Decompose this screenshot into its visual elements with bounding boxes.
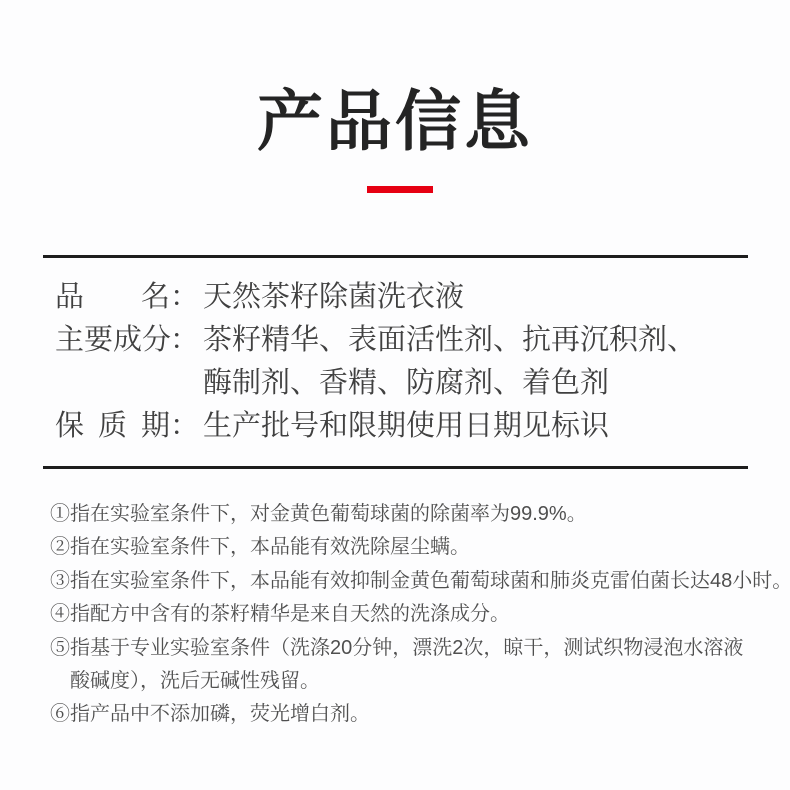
spec-colon: ： [170,405,203,448]
footnote-4: ④指配方中含有的茶籽精华是来自天然的洗涤成分。 [50,598,785,631]
divider-top [43,255,748,258]
spec-colon: ： [170,276,203,319]
spec-value-shelf-life: 生产批号和限期使用日期见标识 [203,405,609,448]
spec-list: 品名 ： 天然茶籽除菌洗衣液 主要成分 ： 茶籽精华、表面活性剂、抗再沉积剂、 … [55,276,755,448]
spec-value-line: 酶制剂、香精、防腐剂、着色剂 [203,362,696,405]
spec-value-line: 生产批号和限期使用日期见标识 [203,405,609,448]
spec-label-product-name: 品名 [55,276,170,319]
footnote-2: ②指在实验室条件下，本品能有效洗除屋尘螨。 [50,531,785,564]
title-underline-bar [367,186,433,193]
footnote-list: ①指在实验室条件下，对金黄色葡萄球菌的除菌率为99.9%。 ②指在实验室条件下，… [50,498,785,732]
spec-label-shelf-life: 保质期 [55,405,170,448]
spec-value-line: 天然茶籽除菌洗衣液 [203,276,464,319]
divider-bottom [43,466,748,469]
spec-row-product-name: 品名 ： 天然茶籽除菌洗衣液 [55,276,755,319]
footnote-1: ①指在实验室条件下，对金黄色葡萄球菌的除菌率为99.9%。 [50,498,785,531]
spec-value-ingredients: 茶籽精华、表面活性剂、抗再沉积剂、 酶制剂、香精、防腐剂、着色剂 [203,319,696,405]
spec-row-shelf-life: 保质期 ： 生产批号和限期使用日期见标识 [55,405,755,448]
page-title: 产品信息 [0,84,790,158]
spec-colon: ： [170,319,203,362]
spec-label-ingredients: 主要成分 [55,319,170,362]
footnote-3: ③指在实验室条件下，本品能有效抑制金黄色葡萄球菌和肺炎克雷伯菌长达48小时。 [50,565,785,598]
footnote-5-line-2: 酸碱度），洗后无碱性残留。 [50,665,785,698]
footnote-5-line-1: ⑤指基于专业实验室条件（洗涤20分钟，漂洗2次，晾干，测试织物浸泡水溶液 [50,632,785,665]
footnote-6: ⑥指产品中不添加磷，荧光增白剂。 [50,698,785,731]
spec-value-line: 茶籽精华、表面活性剂、抗再沉积剂、 [203,319,696,362]
spec-value-product-name: 天然茶籽除菌洗衣液 [203,276,464,319]
spec-row-ingredients: 主要成分 ： 茶籽精华、表面活性剂、抗再沉积剂、 酶制剂、香精、防腐剂、着色剂 [55,319,755,405]
product-info-page: 产品信息 品名 ： 天然茶籽除菌洗衣液 主要成分 ： 茶籽精华、表面活性剂、抗再… [0,0,790,790]
